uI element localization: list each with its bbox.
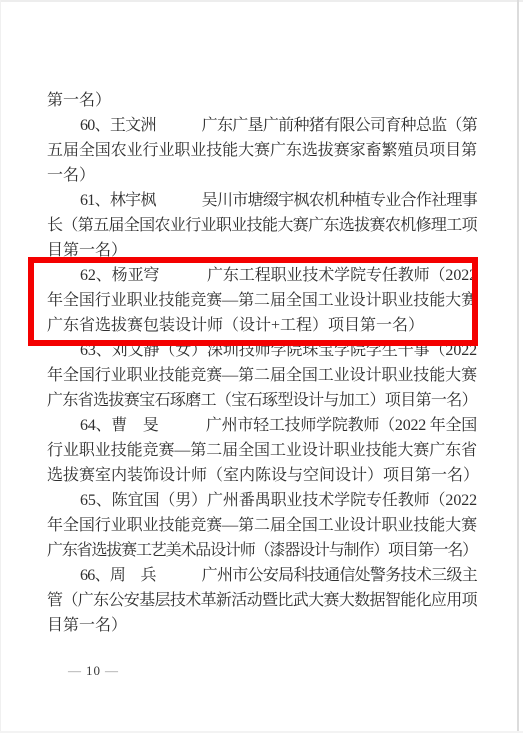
text-line: 第一名） — [47, 88, 477, 113]
red-highlight-box — [28, 257, 478, 346]
text-line: 60、王文洲 广东广垦广前种猪有限公司育种总监（第 — [47, 113, 477, 138]
text-line: 五届全国农业行业职业技能大赛广东选拔赛家畜繁殖员项目第 — [47, 138, 477, 163]
page-edge-right — [517, 0, 519, 733]
document-text-block: 第一名）60、王文洲 广东广垦广前种猪有限公司育种总监（第五届全国农业行业职业技… — [47, 88, 477, 638]
text-line: 66、周 兵 广州市公安局科技通信处警务技术三级主 — [47, 563, 477, 588]
text-line: 64、曹 旻 广州市轻工技师学院教师（2022 年全国 — [47, 413, 477, 438]
page-edge-left — [0, 0, 1, 733]
scanned-document-page: 第一名）60、王文洲 广东广垦广前种猪有限公司育种总监（第五届全国农业行业职业技… — [0, 0, 523, 733]
footer-left-dash: — — [68, 663, 82, 678]
page-edge-top — [0, 0, 523, 2]
text-line: 行业职业技能竞赛—第二届全国工业设计职业技能大赛广东省 — [47, 438, 477, 463]
text-line: 65、陈宜国（男）广州番禺职业技术学院专任教师（2022 — [47, 488, 477, 513]
text-line: 管（广东公安基层技术革新活动暨比武大赛大数据智能化应用项 — [47, 588, 477, 613]
page-number-footer: —10— — [68, 663, 119, 679]
text-line: 目第一名） — [47, 613, 477, 638]
text-line: 广东省选拔赛工艺美术品设计师（漆器设计与制作）项目第一名） — [47, 538, 477, 563]
text-line: 广东省选拔赛宝石琢磨工（宝石琢型设计与加工）项目第一名） — [47, 388, 477, 413]
text-line: 61、林宇枫 吴川市塘缀宇枫农机种植专业合作社理事 — [47, 188, 477, 213]
text-line: 一名） — [47, 163, 477, 188]
text-line: 长（第五届全国农业行业职业技能大赛广东选拔赛农机修理工项 — [47, 213, 477, 238]
text-line: 选拔赛室内装饰设计师（室内陈设与空间设计）项目第一名） — [47, 463, 477, 488]
text-line: 年全国行业职业技能竞赛—第二届全国工业设计职业技能大赛 — [47, 363, 477, 388]
text-line: 年全国行业职业技能竞赛—第二届全国工业设计职业技能大赛 — [47, 513, 477, 538]
footer-right-dash: — — [105, 663, 119, 678]
page-number: 10 — [82, 663, 105, 678]
